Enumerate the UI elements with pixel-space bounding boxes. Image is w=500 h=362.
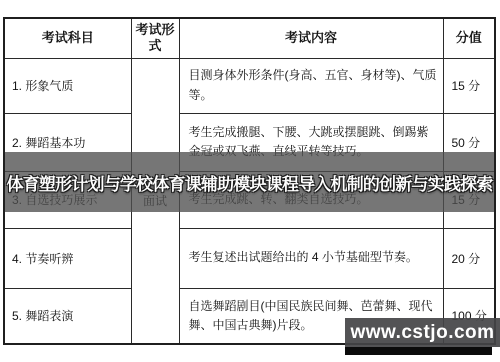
page: 考试科目 考试形式 考试内容 分值 1. 形象气质 面试 目测身体外形条件(身高…	[0, 0, 500, 362]
content-cell: 考生复述出试题给出的 4 小节基础型节奏。	[179, 228, 443, 288]
score-cell: 20 分	[443, 228, 495, 288]
header-content: 考试内容	[179, 18, 443, 58]
watermark-underline-bar	[345, 347, 492, 355]
subject-cell: 4. 节奏听辨	[4, 228, 131, 288]
content-cell: 目测身体外形条件(身高、五官、身材等)、气质等。	[179, 58, 443, 113]
title-overlay-banner: 体育塑形计划与学校体育课辅助模块课程导入机制的创新与实践探索	[5, 152, 494, 212]
watermark-box: www.cstjo.com	[345, 318, 500, 347]
watermark-url-text: www.cstjo.com	[350, 322, 494, 344]
table-row: 1. 形象气质 面试 目测身体外形条件(身高、五官、身材等)、气质等。 15 分	[4, 58, 495, 113]
overlay-title-text: 体育塑形计划与学校体育课辅助模块课程导入机制的创新与实践探索	[7, 170, 493, 195]
header-form: 考试形式	[131, 18, 179, 58]
subject-cell: 1. 形象气质	[4, 58, 131, 113]
score-cell: 15 分	[443, 58, 495, 113]
header-score: 分值	[443, 18, 495, 58]
subject-cell: 5. 舞蹈表演	[4, 288, 131, 344]
table-row: 4. 节奏听辨 考生复述出试题给出的 4 小节基础型节奏。 20 分	[4, 228, 495, 288]
header-subject: 考试科目	[4, 18, 131, 58]
table-header-row: 考试科目 考试形式 考试内容 分值	[4, 18, 495, 58]
